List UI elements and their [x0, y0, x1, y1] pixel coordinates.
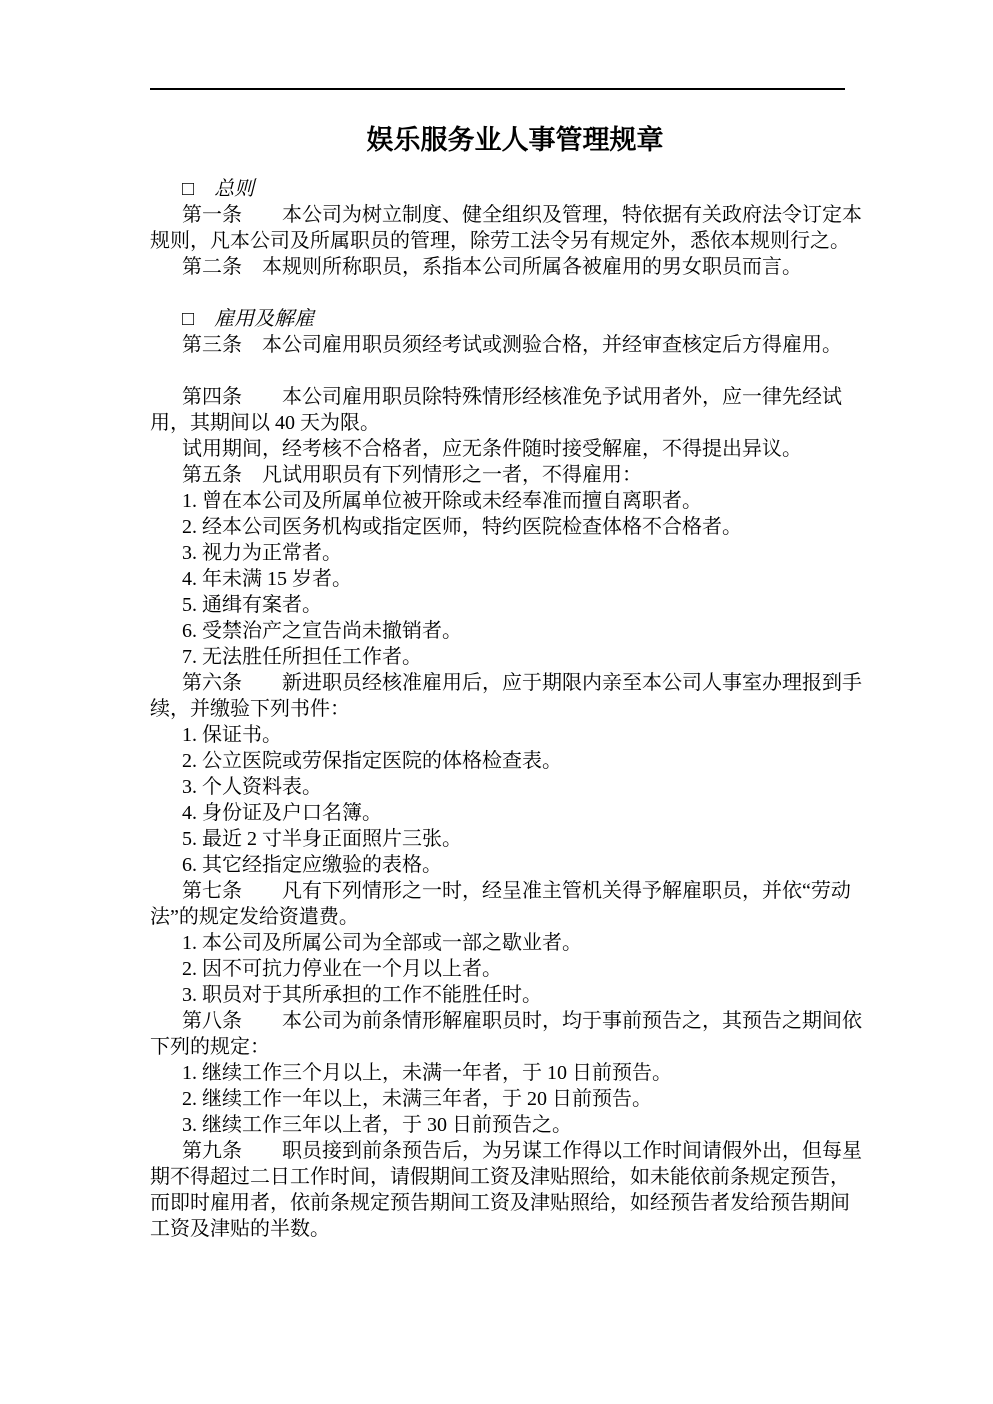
blank-line: [150, 280, 862, 306]
paragraph: 第七条 凡有下列情形之一时，经呈准主管机关得予解雇职员，并依“劳动法”的规定发给…: [150, 878, 862, 930]
list-item: 6. 受禁治产之宣告尚未撤销者。: [150, 618, 862, 644]
list-item: 3. 视力为正常者。: [150, 540, 862, 566]
section-heading: □ 雇用及解雇: [150, 306, 862, 332]
list-item: 6. 其它经指定应缴验的表格。: [150, 852, 862, 878]
paragraph: 第三条 本公司雇用职员须经考试或测验合格，并经审查核定后方得雇用。: [150, 332, 862, 358]
paragraph: 第八条 本公司为前条情形解雇职员时，均于事前预告之，其预告之期间依下列的规定：: [150, 1008, 862, 1060]
paragraph: 第二条 本规则所称职员，系指本公司所属各被雇用的男女职员而言。: [150, 254, 862, 280]
document-page: 娱乐服务业人事管理规章 □ 总则第一条 本公司为树立制度、健全组织及管理，特依据…: [0, 0, 993, 1404]
list-item: 5. 最近 2 寸半身正面照片三张。: [150, 826, 862, 852]
document-body: □ 总则第一条 本公司为树立制度、健全组织及管理，特依据有关政府法令订定本规则，…: [150, 176, 862, 1242]
list-item: 4. 年未满 15 岁者。: [150, 566, 862, 592]
paragraph: 第九条 职员接到前条预告后，为另谋工作得以工作时间请假外出，但每星期不得超过二日…: [150, 1138, 862, 1242]
list-item: 7. 无法胜任所担任工作者。: [150, 644, 862, 670]
list-item: 4. 身份证及户口名簿。: [150, 800, 862, 826]
list-item: 1. 本公司及所属公司为全部或一部之歇业者。: [150, 930, 862, 956]
paragraph: 第四条 本公司雇用职员除特殊情形经核准免予试用者外，应一律先经试用，其期间以 4…: [150, 384, 862, 436]
paragraph: 试用期间，经考核不合格者，应无条件随时接受解雇，不得提出异议。: [150, 436, 862, 462]
paragraph: 第一条 本公司为树立制度、健全组织及管理，特依据有关政府法令订定本规则，凡本公司…: [150, 202, 862, 254]
paragraph: 第五条 凡试用职员有下列情形之一者，不得雇用：: [150, 462, 862, 488]
section-heading: □ 总则: [150, 176, 862, 202]
list-item: 5. 通缉有案者。: [150, 592, 862, 618]
list-item: 3. 个人资料表。: [150, 774, 862, 800]
document-title: 娱乐服务业人事管理规章: [150, 122, 862, 158]
list-item: 2. 继续工作一年以上，未满三年者，于 20 日前预告。: [150, 1086, 862, 1112]
list-item: 1. 保证书。: [150, 722, 862, 748]
list-item: 2. 经本公司医务机构或指定医师，特约医院检查体格不合格者。: [150, 514, 862, 540]
list-item: 3. 继续工作三年以上者，于 30 日前预告之。: [150, 1112, 862, 1138]
list-item: 2. 因不可抗力停业在一个月以上者。: [150, 956, 862, 982]
blank-line: [150, 358, 862, 384]
list-item: 3. 职员对于其所承担的工作不能胜任时。: [150, 982, 862, 1008]
list-item: 1. 曾在本公司及所属单位被开除或未经奉准而擅自离职者。: [150, 488, 862, 514]
paragraph: 第六条 新进职员经核准雇用后，应于期限内亲至本公司人事室办理报到手续，并缴验下列…: [150, 670, 862, 722]
list-item: 1. 继续工作三个月以上，未满一年者，于 10 日前预告。: [150, 1060, 862, 1086]
list-item: 2. 公立医院或劳保指定医院的体格检查表。: [150, 748, 862, 774]
header-divider: [150, 88, 845, 90]
